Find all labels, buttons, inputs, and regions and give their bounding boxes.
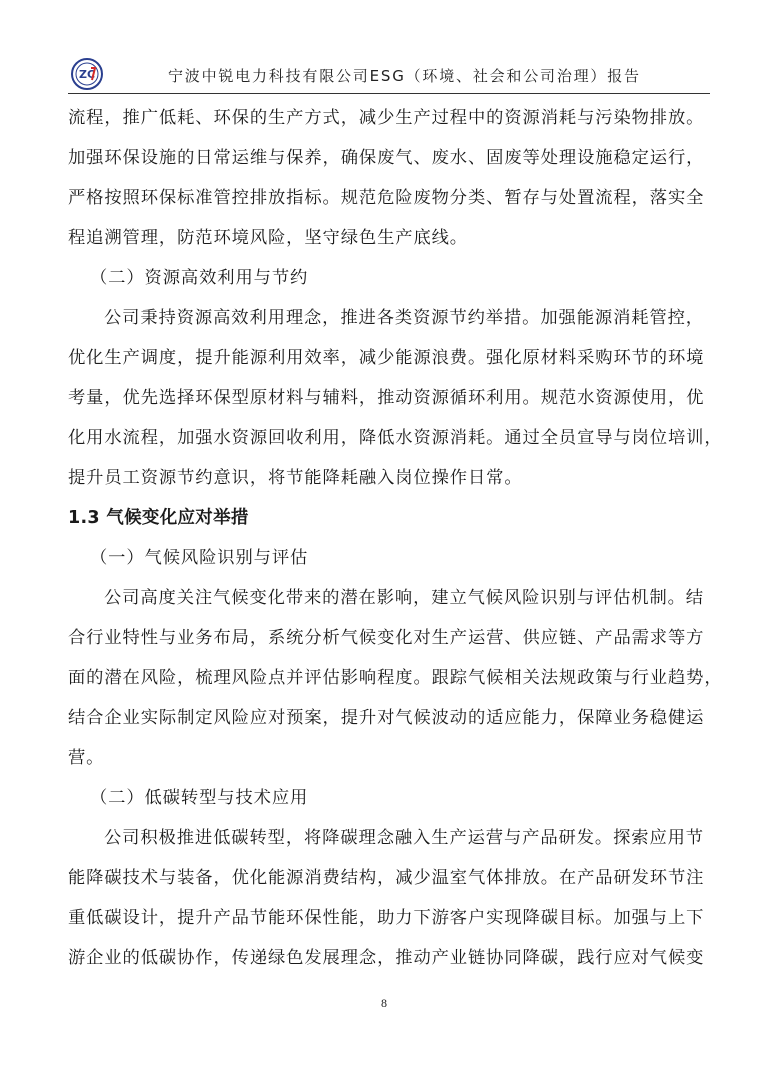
subheading-low-carbon: （二）低碳转型与技术应用	[68, 778, 711, 818]
paragraph-line: 营。	[68, 738, 711, 778]
paragraph-line: 程追溯管理，防范环境风险，坚守绿色生产底线。	[68, 218, 711, 258]
paragraph-line: 化用水流程，加强水资源回收利用，降低水资源消耗。通过全员宣导与岗位培训，	[68, 418, 711, 458]
header-divider	[68, 93, 710, 94]
paragraph-line: 考量，优先选择环保型原材料与辅料，推动资源循环利用。规范水资源使用，优	[68, 378, 711, 418]
paragraph-line: 公司积极推进低碳转型，将降碳理念融入生产运营与产品研发。探索应用节	[68, 818, 711, 858]
paragraph-line: 公司高度关注气候变化带来的潜在影响，建立气候风险识别与评估机制。结	[68, 578, 711, 618]
paragraph-line: 流程，推广低耗、环保的生产方式，减少生产过程中的资源消耗与污染物排放。	[68, 98, 711, 138]
subheading-climate-risk: （一）气候风险识别与评估	[68, 538, 711, 578]
page-number: 8	[0, 996, 768, 1011]
paragraph-line: 面的潜在风险，梳理风险点并评估影响程度。跟踪气候相关法规政策与行业趋势，	[68, 658, 711, 698]
paragraph-line: 严格按照环保标准管控排放指标。规范危险废物分类、暂存与处置流程，落实全	[68, 178, 711, 218]
paragraph-line: 重低碳设计，提升产品节能环保性能，助力下游客户实现降碳目标。加强与上下	[68, 898, 711, 938]
section-heading-climate: 1.3 气候变化应对举措	[68, 498, 711, 538]
paragraph-line: 提升员工资源节约意识，将节能降耗融入岗位操作日常。	[68, 458, 711, 498]
document-body: 流程，推广低耗、环保的生产方式，减少生产过程中的资源消耗与污染物排放。 加强环保…	[68, 98, 711, 978]
paragraph-line: 合行业特性与业务布局，系统分析气候变化对生产运营、供应链、产品需求等方	[68, 618, 711, 658]
paragraph-line: 加强环保设施的日常运维与保养，确保废气、废水、固废等处理设施稳定运行，	[68, 138, 711, 178]
paragraph-line: 结合企业实际制定风险应对预案，提升对气候波动的适应能力，保障业务稳健运	[68, 698, 711, 738]
subheading-resource-efficiency: （二）资源高效利用与节约	[68, 258, 711, 298]
page-header: ZC 宁波中锐电力科技有限公司ESG（环境、社会和公司治理）报告	[68, 56, 708, 94]
paragraph-line: 公司秉持资源高效利用理念，推进各类资源节约举措。加强能源消耗管控，	[68, 298, 711, 338]
paragraph-line: 优化生产调度，提升能源利用效率，减少能源浪费。强化原材料采购环节的环境	[68, 338, 711, 378]
report-title: 宁波中锐电力科技有限公司ESG（环境、社会和公司治理）报告	[168, 65, 641, 86]
paragraph-line: 能降碳技术与装备，优化能源消费结构，减少温室气体排放。在产品研发环节注	[68, 858, 711, 898]
company-logo-icon: ZC	[71, 58, 103, 90]
paragraph-line: 游企业的低碳协作，传递绿色发展理念，推动产业链协同降碳，践行应对气候变	[68, 938, 711, 978]
